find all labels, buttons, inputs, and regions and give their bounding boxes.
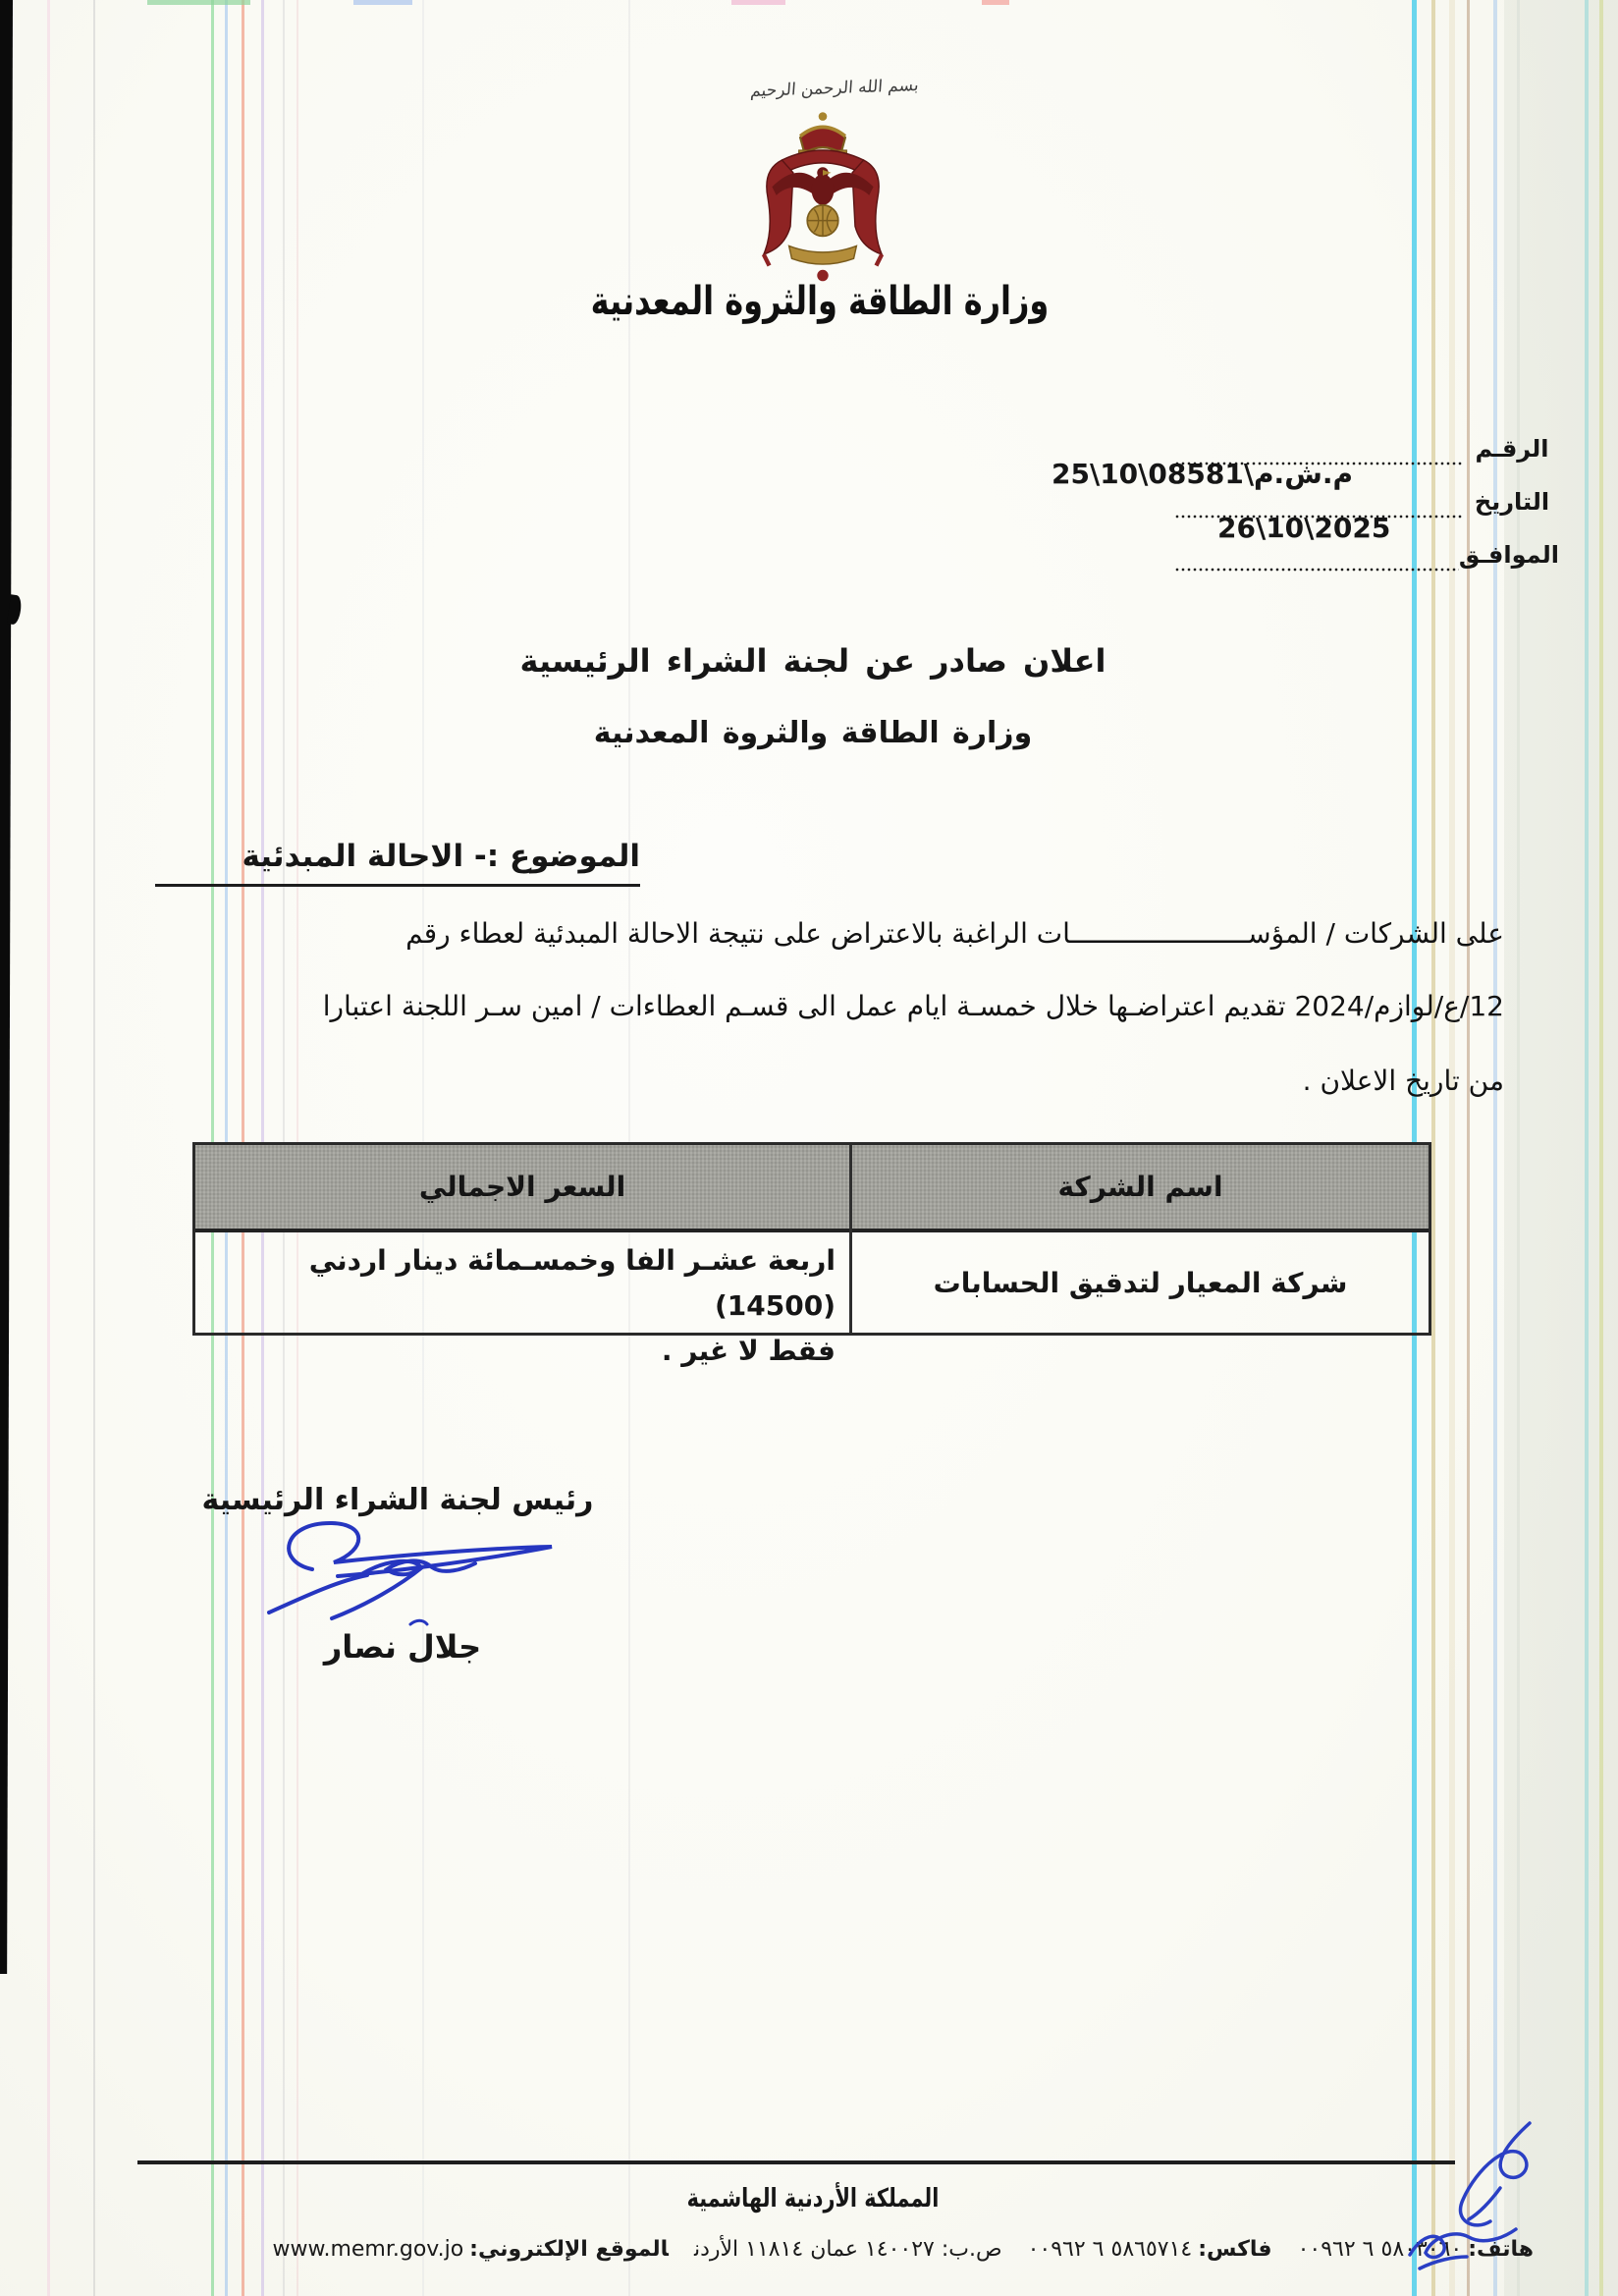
col-header-total-price: السعر الاجمالي (195, 1145, 849, 1229)
table-column-divider (849, 1145, 852, 1333)
scan-edge-tint (1504, 0, 1618, 2296)
body-line-1: على الشركات / المؤســـــــــــــــــــــ… (405, 911, 1504, 957)
cell-company-name: شركة المعيار لتدقيق الحسابات (852, 1232, 1429, 1333)
cell-total-price: اربعة عشـر الفا وخمسـمائة دينار اردني (1… (195, 1232, 849, 1333)
ref-date-value: 26\10\2025 (1217, 512, 1365, 544)
announcement-title: اعلان صادر عن لجنة الشراء الرئيسية (318, 642, 1308, 680)
bismillah-calligraphy: بسم الله الرحمن الرحيم (721, 75, 948, 102)
dotted-leader (1174, 568, 1459, 572)
price-only-no-more: فقط لا غير . (662, 1335, 836, 1367)
signatory-name: جلال نصار (280, 1628, 525, 1666)
scan-top-artifact (731, 0, 785, 5)
scan-black-edge-notch (7, 594, 23, 625)
body-line-3: من تاريخ الاعلان . (1303, 1059, 1504, 1104)
scan-top-artifact (982, 0, 1009, 5)
pobox-address: ص.ب: ١٤٠٠٢٧ عمان ١١٨١٤ الأردن (694, 2237, 1002, 2262)
footer-contact-line: هاتف:٥٨٠٣٠٦٠ ٦ ٠٠٩٦٢فاكس:٥٨٦٥٧١٤ ٦ ٠٠٩٦٢… (272, 2237, 1534, 2262)
scanned-letter-page: بسم الله الرحمن الرحيم وزارة الطاقة والث… (0, 0, 1618, 2296)
phone-label: هاتف: (1468, 2237, 1534, 2262)
website-label: الموقع الإلكتروني: (469, 2237, 669, 2262)
website-url: www.memr.gov.jo (272, 2237, 463, 2262)
scan-streak (1449, 0, 1455, 2296)
scan-streak (1431, 0, 1435, 2296)
ref-number-value: م.ش.م\08581\10\25 (1147, 458, 1353, 490)
handwritten-annotation (1392, 2111, 1549, 2293)
award-table-header-row: السعر الاجمالي اسم الشركة (195, 1145, 1429, 1232)
ministry-title: وزارة الطاقة والثروة المعدنية (318, 716, 1308, 750)
scan-black-edge (0, 0, 13, 1974)
scan-streak (1493, 0, 1497, 2296)
ref-number-label: الرقـم (1465, 435, 1559, 463)
scan-streak (1585, 0, 1589, 2296)
ref-corresponding-label: الموافـق (1465, 541, 1559, 569)
fax-label: فاكس: (1198, 2237, 1271, 2262)
body-line-2: 12/ع/لوازم/2024 تقديم اعتراضـها خلال خمس… (323, 984, 1504, 1029)
col-header-company-name: اسم الشركة (852, 1145, 1429, 1229)
subject-line: الموضوع :- الاحالة المبدئية (155, 839, 640, 887)
kingdom-calligraphy: المملكة الأردنية الهاشمية (656, 2184, 970, 2214)
ref-date-label: التاريخ (1465, 488, 1559, 516)
ministry-calligraphy: وزارة الطاقة والثروة المعدنية (572, 279, 1067, 324)
fax-number: ٥٨٦٥٧١٤ ٦ ٠٠٩٦٢ (1028, 2237, 1193, 2262)
handwritten-signature (218, 1510, 583, 1630)
scan-streak (93, 0, 95, 2296)
crest-ribbon (789, 246, 857, 264)
royal-crest-emblem (738, 108, 907, 287)
scan-streak (47, 0, 50, 2296)
scan-streak (1599, 0, 1603, 2296)
scan-top-artifact (353, 0, 412, 5)
scan-streak (1517, 0, 1520, 2296)
price-in-words-and-figures: اربعة عشـر الفا وخمسـمائة دينار اردني (1… (309, 1244, 836, 1322)
phone-number: ٥٨٠٣٠٦٠ ٦ ٠٠٩٦٢ (1298, 2237, 1463, 2262)
scan-top-artifact (147, 0, 250, 5)
scan-streak (1467, 0, 1470, 2296)
footer-divider-rule (137, 2160, 1455, 2164)
award-table: السعر الاجمالي اسم الشركة شركة المعيار ل… (192, 1142, 1431, 1336)
